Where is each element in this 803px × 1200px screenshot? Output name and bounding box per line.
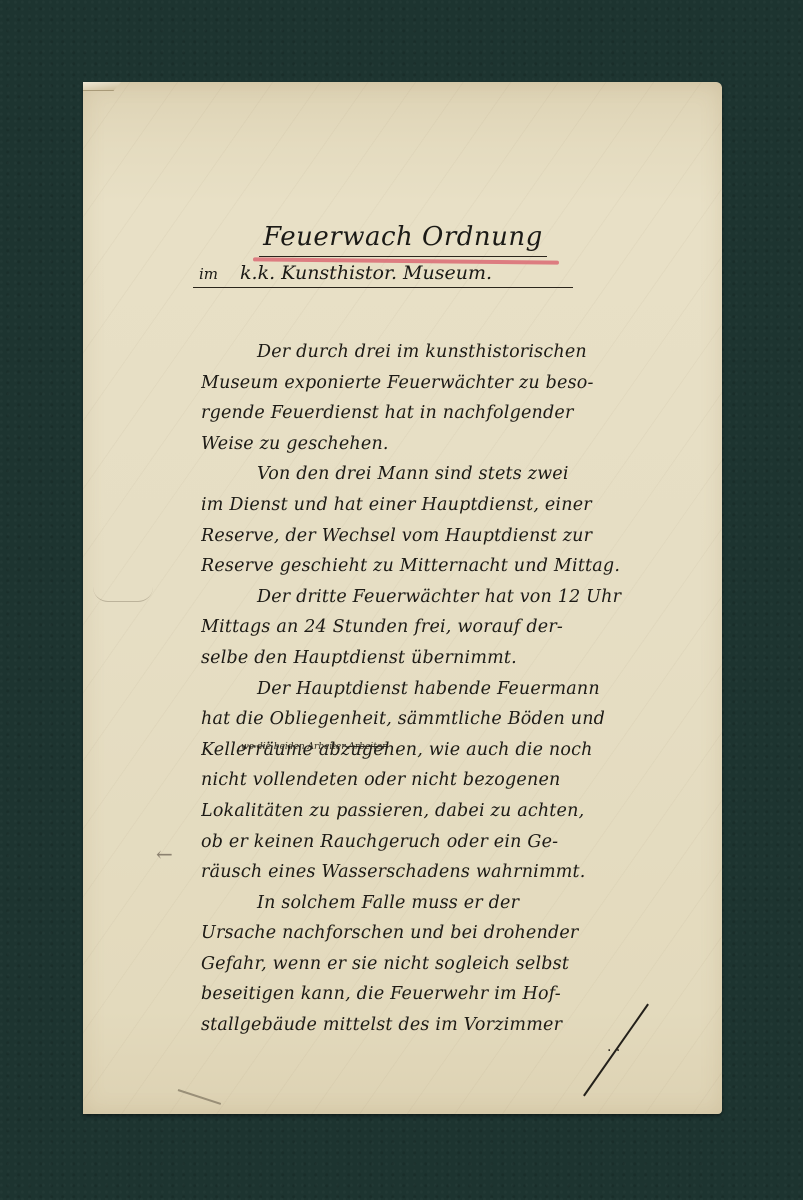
text-line: Der dritte Feuerwächter hat von 12 Uhr (201, 582, 701, 613)
interlinear-insertion: wo die beiden Arbeiter Arbeiten (241, 742, 388, 752)
folded-corner (83, 82, 121, 91)
insertion-text: wo die beiden Arbeiter (241, 742, 346, 752)
text-line: selbe den Hauptdienst übernimmt. (201, 643, 701, 674)
text-line: Mittags an 24 Stunden frei, worauf der- (201, 612, 701, 643)
title-block: Feuerwach Ordnung (193, 222, 613, 257)
subtitle-preposition: im (199, 265, 218, 283)
text-line: rgende Feuerdienst hat in nachfolgender (201, 398, 701, 429)
margin-pencil-mark (93, 587, 153, 602)
document-title: Feuerwach Ordnung (259, 222, 547, 257)
text-line: Lokalitäten zu passieren, dabei zu achte… (201, 796, 701, 827)
text-line: im Dienst und hat einer Hauptdienst, ein… (201, 490, 701, 521)
text-line: ob er keinen Rauchgeruch oder ein Ge- (201, 827, 701, 858)
continuation-dots: · · (607, 1044, 620, 1058)
text-line: Weise zu geschehen. (201, 429, 701, 460)
text-line: Von den drei Mann sind stets zwei (201, 459, 701, 490)
document-title-text: Feuerwach Ordnung (263, 222, 543, 252)
text-line: beseitigen kann, die Feuerwehr im Hof- (201, 979, 701, 1010)
text-line: Reserve, der Wechsel vom Hauptdienst zur (201, 521, 701, 552)
text-line: Ursache nachforschen und bei drohender (201, 918, 701, 949)
text-line: räusch eines Wasserschadens wahrnimmt. (201, 857, 701, 888)
text-line: In solchem Falle muss er der (201, 888, 701, 919)
text-line: Der Hauptdienst habende Feuermann (201, 674, 701, 705)
paper-sheet: Feuerwach Ordnung imk.k. Kunsthistor. Mu… (83, 82, 722, 1114)
subtitle-text: k.k. Kunsthistor. Museum. (240, 262, 492, 284)
text-line: Der durch drei im kunsthistorischen (201, 337, 701, 368)
paper-tear (178, 1089, 221, 1105)
document-subtitle: imk.k. Kunsthistor. Museum. (193, 262, 573, 288)
text-line: nicht vollendeten oder nicht bezogenen (201, 765, 701, 796)
struck-text: Arbeiten (348, 742, 388, 752)
text-line: Reserve geschieht zu Mitternacht und Mit… (201, 551, 701, 582)
margin-arrow-icon: ← (156, 844, 173, 864)
text-line: hat die Obliegenheit, sämmtliche Böden u… (201, 704, 701, 735)
scanned-document: Feuerwach Ordnung imk.k. Kunsthistor. Mu… (0, 0, 803, 1200)
text-line: Gefahr, wenn er sie nicht sogleich selbs… (201, 949, 701, 980)
document-body: Der durch drei im kunsthistorischen Muse… (201, 337, 701, 1041)
text-line: Museum exponierte Feuerwächter zu beso- (201, 368, 701, 399)
